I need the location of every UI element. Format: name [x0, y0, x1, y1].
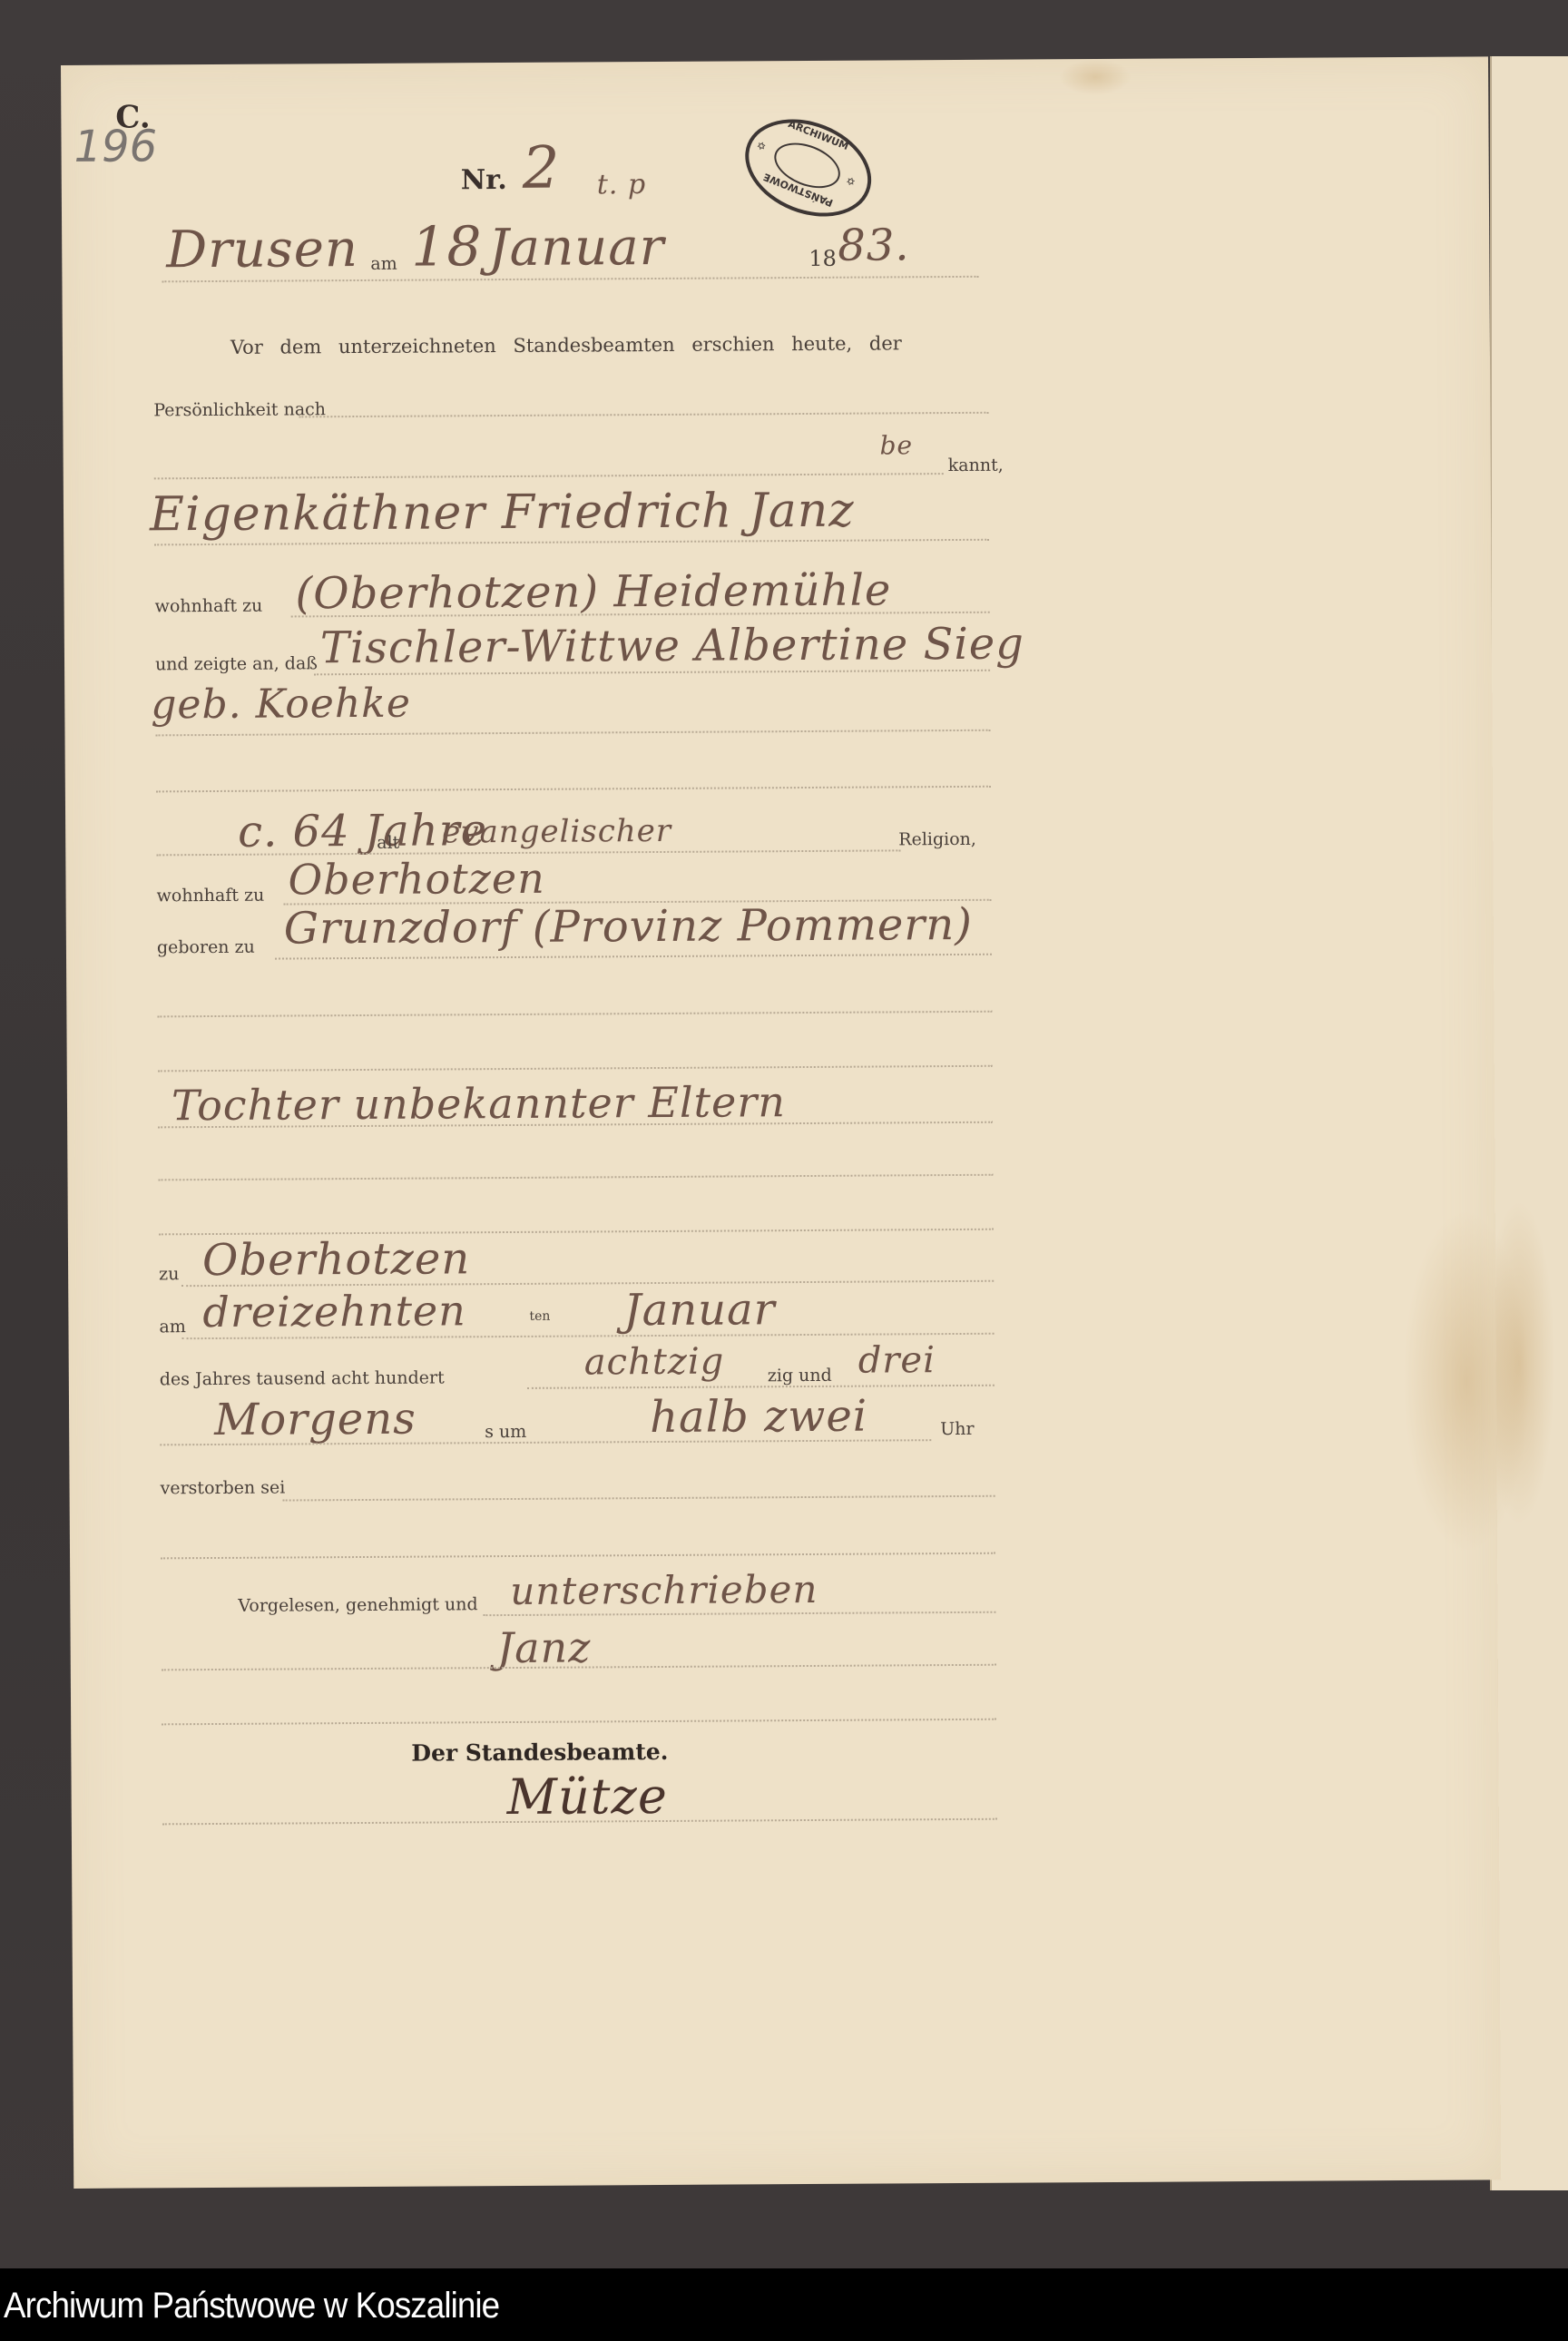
parents: Tochter unbekannter Eltern — [171, 1077, 786, 1130]
folio-number: 196 — [73, 121, 157, 172]
place: Drusen — [166, 220, 358, 279]
intro-text: Vor dem unterzeichneten Standesbeamten e… — [230, 332, 902, 358]
informant-residence: (Oberhotzen) Heidemühle — [295, 564, 891, 619]
archive-stamp: ARCHIWUM PAŃSTWOWE ✡ ✡ — [730, 102, 886, 234]
year-prefix: 18 — [808, 246, 837, 271]
known-suffix: kannt, — [948, 455, 1004, 475]
informant-name: Eigenkäthner Friedrich Janz — [150, 484, 855, 543]
death-day-label: am — [159, 1317, 185, 1337]
uhr-label: Uhr — [940, 1419, 974, 1439]
birthplace-label: geboren zu — [157, 937, 255, 958]
died-label: verstorben sei — [161, 1478, 286, 1499]
reported-label: und zeigte an, daß — [155, 653, 318, 674]
birthplace: Grunzdorf (Provinz Pommern) — [284, 899, 973, 955]
informant-residence-label: wohnhaft zu — [155, 596, 263, 617]
am-label: am — [370, 254, 397, 274]
um-label: s um — [485, 1422, 526, 1442]
record-annotation: t. p — [597, 169, 647, 201]
day: 18 — [411, 215, 483, 279]
document-page: C. 196 ARCHIWUM PAŃSTWOWE ✡ ✡ Nr. 2 t. p… — [61, 56, 1501, 2189]
known-annotation: be — [879, 430, 913, 460]
deceased-residence: Oberhotzen — [288, 854, 545, 905]
stain-top — [1059, 59, 1132, 95]
deceased-residence-label: wohnhaft zu — [157, 886, 265, 906]
death-day: dreizehnten — [202, 1286, 466, 1337]
registrar-signature: Mütze — [506, 1768, 668, 1826]
death-place: Oberhotzen — [202, 1233, 470, 1286]
death-place-label: zu — [159, 1264, 179, 1284]
death-month: Januar — [623, 1284, 776, 1336]
religion-value: evangelischer — [442, 813, 671, 851]
year-suffix: 83. — [838, 220, 910, 270]
age-label: alt — [377, 833, 399, 853]
month: Januar — [488, 218, 665, 278]
read-label: Vorgelesen, genehmigt und — [238, 1594, 477, 1616]
record-number-label: Nr. — [461, 164, 507, 196]
informant-signature: Janz — [496, 1622, 591, 1672]
time: halb zwei — [650, 1391, 867, 1443]
deceased-name: Tischler-Wittwe Albertine Sieg — [320, 619, 1024, 674]
facing-page-edge — [1490, 56, 1568, 2190]
religion-label: Religion, — [898, 829, 976, 850]
read-value: unterschrieben — [510, 1567, 818, 1613]
year-units: drei — [858, 1339, 936, 1382]
year-label: des Jahres tausend acht hundert — [160, 1367, 445, 1389]
time-of-day: Morgens — [214, 1394, 416, 1445]
ten-label: ten — [529, 1309, 550, 1324]
record-number: 2 — [522, 135, 560, 202]
deceased-maiden-name: geb. Koehke — [151, 681, 411, 729]
registrar-label: Der Standesbeamte. — [411, 1739, 668, 1767]
year-tens: achtzig — [584, 1341, 725, 1384]
archive-caption: Archiwum Państwowe w Koszalinie — [4, 2286, 499, 2326]
zig-und-label: zig und — [768, 1366, 832, 1386]
